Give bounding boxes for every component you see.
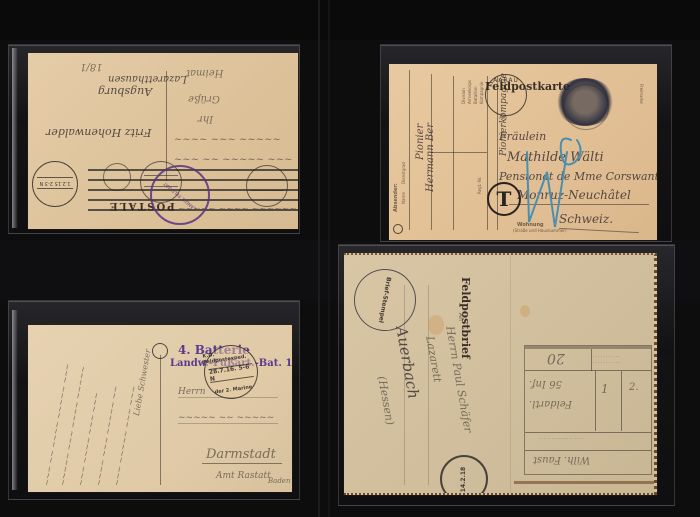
postmark-aarau: AARAU	[485, 74, 527, 116]
postmark-frankfurt-3	[246, 165, 288, 207]
page-divider-right	[328, 0, 330, 517]
fold-line	[510, 255, 511, 493]
form-handwriting: Wilh. Faust	[533, 454, 590, 465]
handwriting-line: Lazaretthausen	[108, 73, 187, 84]
form-label-dienstgrad: Dienstgrad	[401, 162, 406, 184]
handwriting-line: Heimat	[186, 67, 223, 78]
form-label-name: Name	[401, 192, 406, 204]
tax-mark-t: T	[487, 182, 521, 216]
blue-crayon-postage-due	[519, 132, 589, 232]
message-salutation: Liebe Schwester	[132, 348, 153, 416]
stain-edge	[514, 481, 654, 484]
form-label-armeekorps: Armeekorps	[467, 80, 472, 104]
album-page: 18/1 Augsburg Lazaretthausen Fritz Hohen…	[0, 0, 700, 517]
form-label-division: Division	[461, 88, 466, 104]
form-line	[591, 349, 592, 371]
form-handwriting: 1	[601, 382, 609, 396]
address-district: Amt Rastatt	[216, 471, 271, 481]
form-line	[409, 70, 410, 230]
stain	[520, 305, 530, 317]
postcard-top-left: 18/1 Augsburg Lazaretthausen Fritz Hohen…	[28, 53, 298, 229]
address-town: Auerbach	[392, 325, 422, 400]
card-divider-line	[160, 355, 161, 485]
stain	[428, 315, 444, 335]
stamp-box-label: Freimarke	[639, 84, 644, 104]
postmark-frankfurt: 1.2.15 2-3 N	[32, 161, 78, 207]
form-handwriting: 2.	[629, 382, 639, 393]
postmark-ring	[563, 84, 609, 130]
page-divider	[318, 0, 320, 517]
handwriting-line: ~~~ ~~~~~ ~~ ~~~	[174, 153, 292, 164]
address-city: Darmstadt	[206, 447, 276, 462]
address-line2: ~~~~~ ~~ ~~~~~	[178, 413, 274, 423]
feldpostkarte-bottom-left: ~~~ ~~ ~~~~ ~~~~~ ~~~ ~~~~~ ~~~ ~~~~ ~~~…	[28, 325, 292, 492]
printer-crest-icon	[152, 343, 168, 359]
page-strip-top	[0, 0, 700, 40]
handwriting-line: Grüße	[188, 93, 220, 104]
label-an: An	[499, 114, 507, 121]
sleeve-glare	[12, 48, 18, 228]
form-label-kompagnie: Kompagnie	[479, 82, 484, 104]
printer-mark-icon	[393, 224, 403, 234]
form-label-absender: Absender:	[393, 183, 399, 212]
form-line	[525, 450, 651, 451]
label-an: An	[457, 313, 464, 321]
form-line	[431, 152, 487, 153]
form-fineprint: · · · · · · · · · · · · · · · · · ·	[539, 436, 584, 441]
form-line	[525, 370, 651, 371]
address-rule	[404, 285, 405, 485]
form-fineprint: · · · · · · · · · · ·	[593, 360, 620, 365]
handwriting-line: Fritz Hohenwalder	[46, 126, 151, 139]
handwriting-line: Ihr	[198, 113, 213, 124]
address-rule	[428, 285, 429, 485]
handwriting-line: ~~~~~ ~~~ ~~~~	[174, 133, 281, 144]
form-line	[595, 371, 596, 431]
sender-name: Hermann Ber	[425, 123, 436, 192]
form-line	[525, 346, 651, 349]
address-state: Baden	[268, 477, 290, 485]
form-label-bataillon: Bataillon	[473, 86, 478, 104]
receipt-form: 20 56 Inf. Feldartl. Wilh. Faust 1 2. · …	[524, 345, 652, 475]
form-handwriting: Feldartl.	[529, 398, 572, 409]
violet-unit-cachet: LANDW. FELD-ART	[150, 165, 210, 225]
fee-amount: 20	[547, 350, 565, 366]
sleeve-glare	[12, 310, 18, 490]
partial-postmark: 14.2.18	[440, 455, 488, 495]
address-region: (Hessen)	[375, 375, 396, 426]
address-herrn: Herrn	[178, 387, 206, 397]
form-fineprint: · · · · · · · · · · ·	[593, 354, 620, 359]
form-label-regt: Regt.-Nr.	[477, 177, 482, 194]
form-line	[453, 76, 454, 230]
handwriting-line: Augsburg	[98, 85, 152, 98]
form-handwriting: 56 Inf.	[529, 378, 562, 389]
address-line	[178, 423, 278, 424]
address-lazarett: Lazarett	[423, 335, 444, 383]
handwriting-date: 18/1	[80, 61, 102, 72]
address-line	[178, 397, 278, 398]
postmark-small	[103, 163, 131, 191]
form-line	[525, 432, 651, 433]
feldpostkarte-top-right: Absender: Dienstgrad Name Regt.-Nr. Divi…	[389, 64, 657, 240]
address-line	[202, 463, 282, 464]
feldpostbrief-bottom-right: Brief-Stempel Feldpostbrief An Herrn Pau…	[344, 253, 657, 495]
form-line	[621, 371, 622, 431]
